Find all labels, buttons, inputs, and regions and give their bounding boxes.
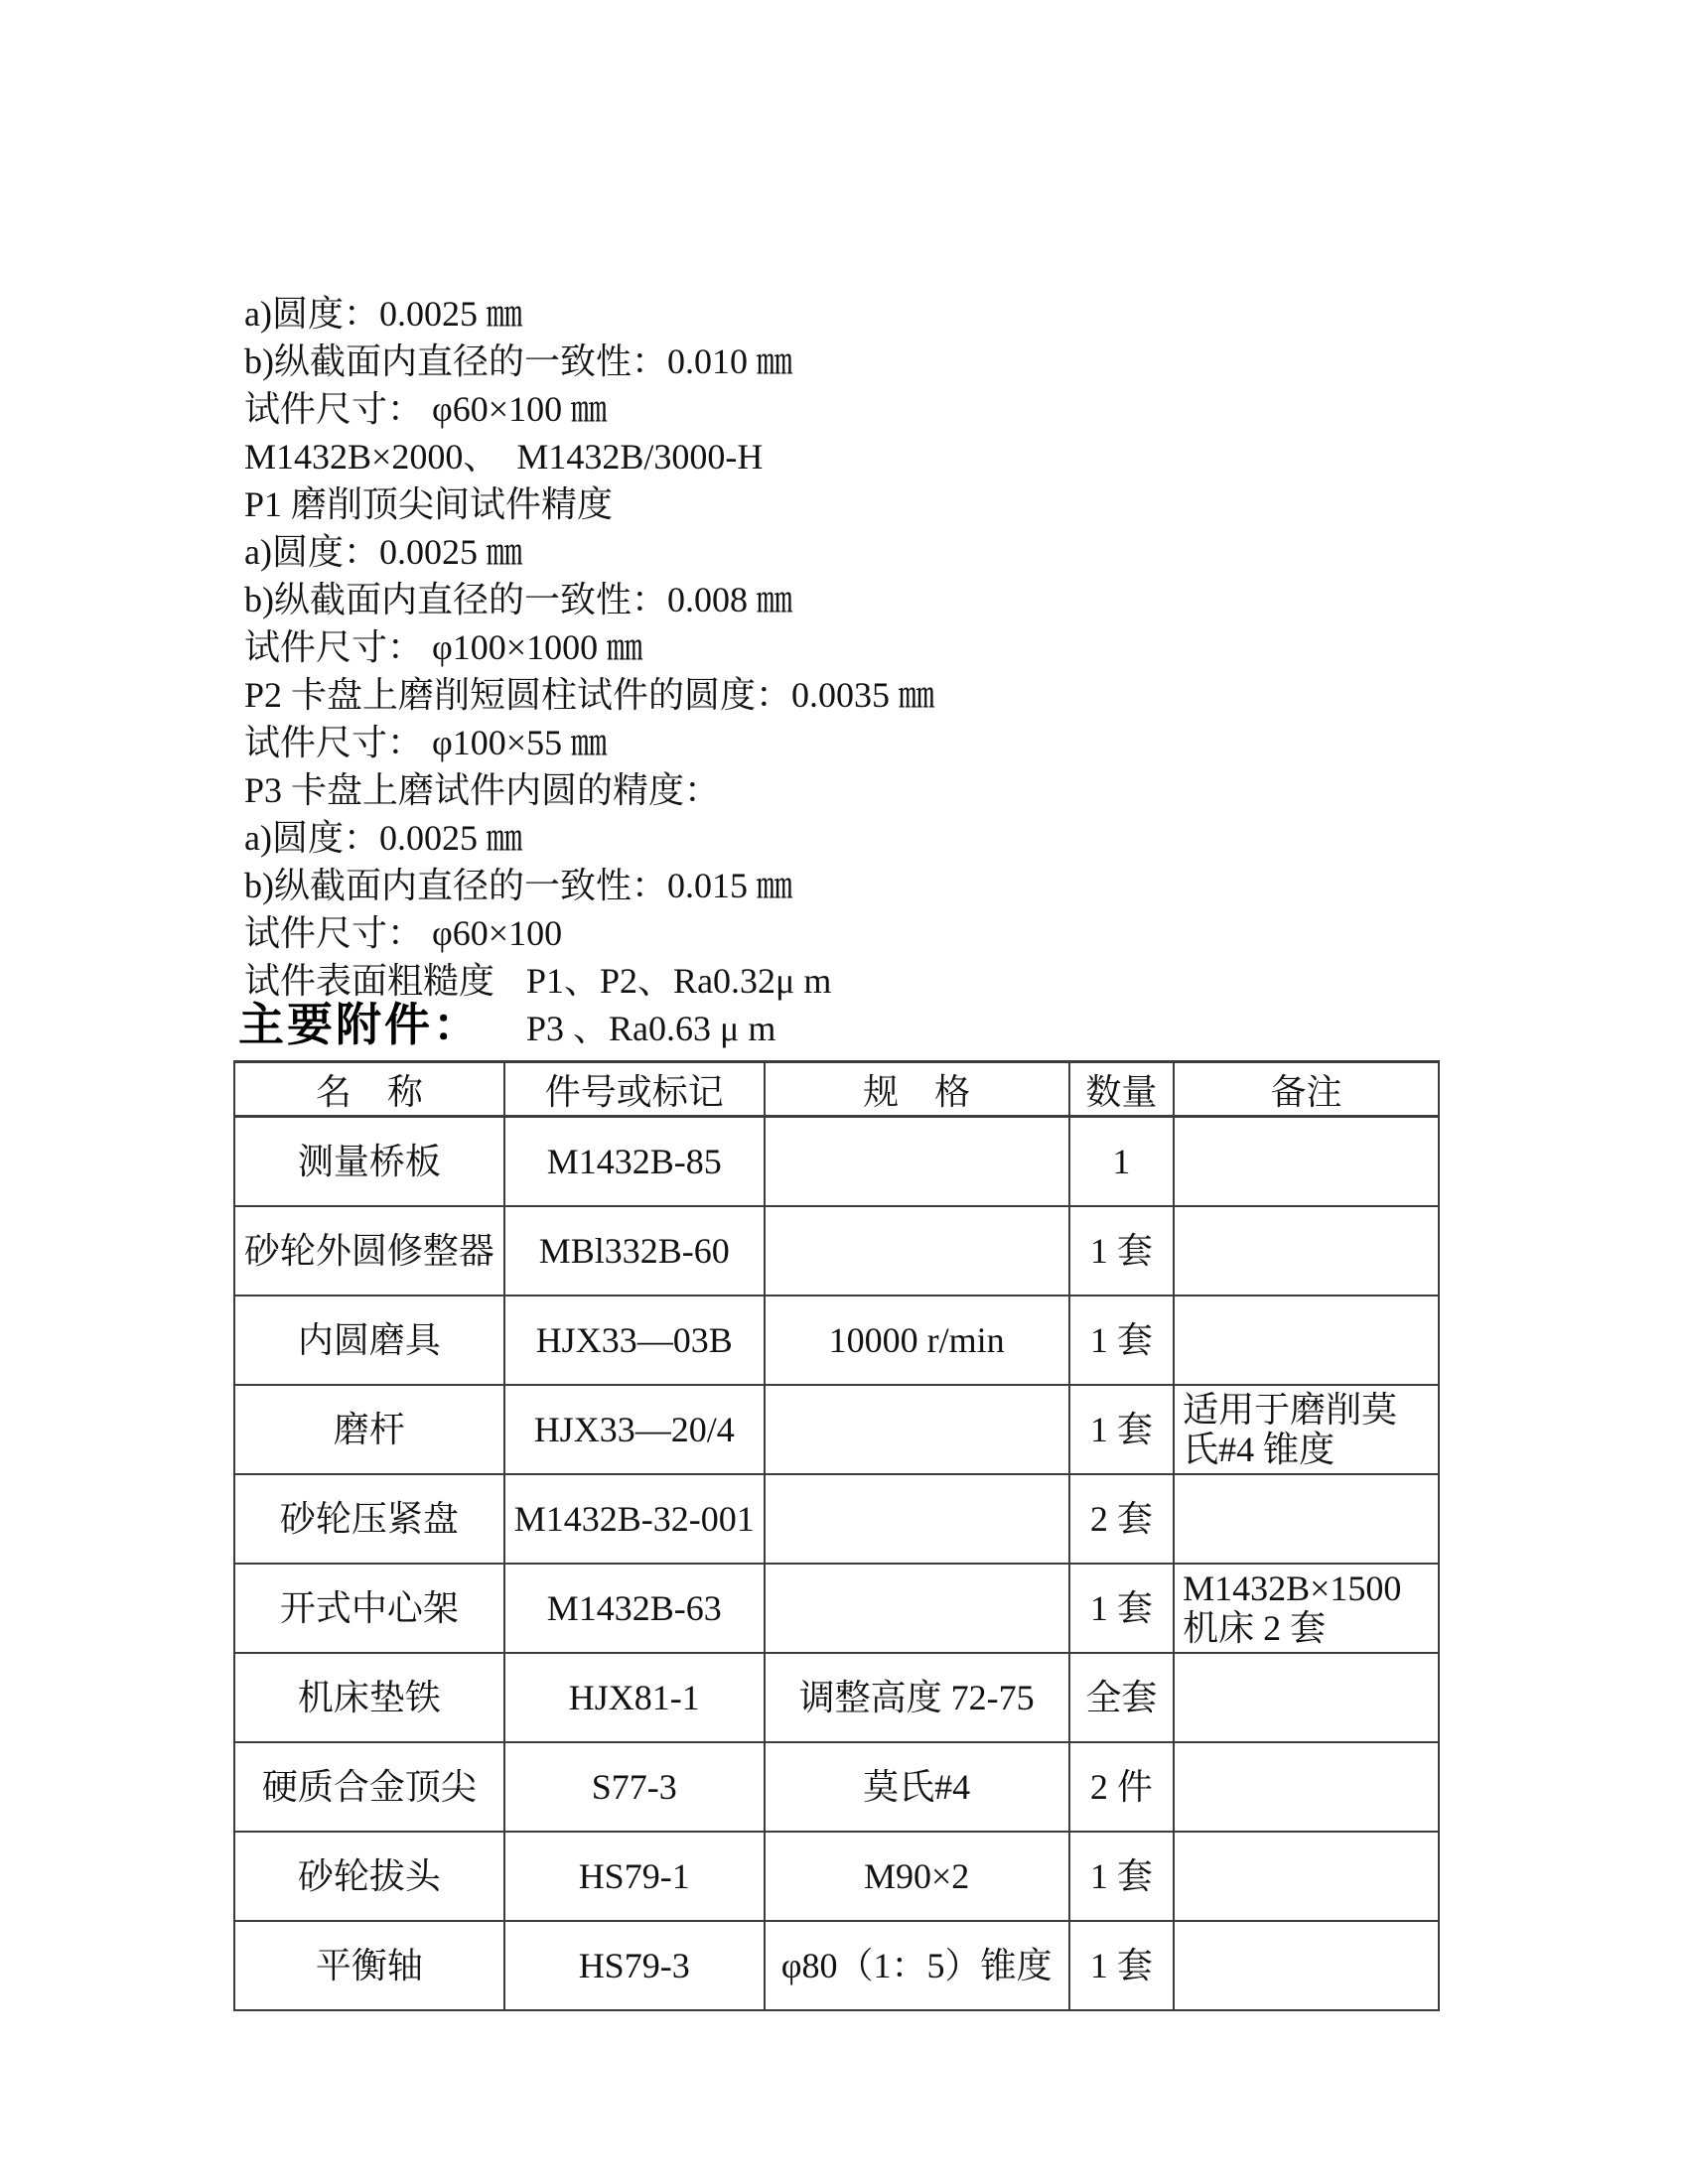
column-header: 规 格	[765, 1062, 1069, 1117]
spec-line: b)纵截面内直径的一致性：0.010 ㎜	[244, 338, 934, 385]
cell-part: HJX33—03B	[504, 1296, 765, 1385]
spec-line: a)圆度：0.0025 ㎜	[244, 814, 934, 862]
table-row: 机床垫铁HJX81-1调整高度 72-75全套	[234, 1653, 1439, 1742]
cell-name: 内圆磨具	[234, 1296, 504, 1385]
cell-part: HS79-1	[504, 1832, 765, 1921]
cell-qty: 2 套	[1069, 1474, 1175, 1564]
spec-line: b)纵截面内直径的一致性：0.008 ㎜	[244, 576, 934, 623]
cell-name: 磨杆	[234, 1385, 504, 1474]
table-row: 硬质合金顶尖S77-3莫氏#42 件	[234, 1742, 1439, 1832]
cell-remark	[1174, 1474, 1439, 1564]
table-row: 砂轮压紧盘M1432B-32-0012 套	[234, 1474, 1439, 1564]
cell-qty: 1	[1069, 1117, 1175, 1207]
cell-remark: M1432B×1500 机床 2 套	[1174, 1564, 1439, 1653]
cell-part: M1432B-63	[504, 1564, 765, 1653]
spec-line: M1432B×2000、 M1432B/3000-H	[244, 433, 934, 480]
column-header: 件号或标记	[504, 1062, 765, 1117]
cell-part: MBl332B-60	[504, 1206, 765, 1296]
cell-remark	[1174, 1653, 1439, 1742]
cell-name: 平衡轴	[234, 1921, 504, 2010]
section-heading: 主要附件：	[238, 989, 482, 1054]
cell-remark: 适用于磨削莫氏#4 锥度	[1174, 1385, 1439, 1474]
cell-qty: 1 套	[1069, 1564, 1175, 1653]
cell-part: M1432B-32-001	[504, 1474, 765, 1564]
cell-qty: 1 套	[1069, 1832, 1175, 1921]
cell-remark	[1174, 1832, 1439, 1921]
cell-spec: φ80（1：5）锥度	[765, 1921, 1069, 2010]
cell-part: S77-3	[504, 1742, 765, 1832]
table-row: 内圆磨具HJX33—03B10000 r/min1 套	[234, 1296, 1439, 1385]
accessories-table: 名 称件号或标记规 格数量备注 测量桥板M1432B-851砂轮外圆修整器MBl…	[233, 1060, 1440, 2011]
cell-name: 砂轮外圆修整器	[234, 1206, 504, 1296]
cell-qty: 1 套	[1069, 1385, 1175, 1474]
cell-qty: 1 套	[1069, 1296, 1175, 1385]
column-header: 备注	[1174, 1062, 1439, 1117]
cell-spec	[765, 1385, 1069, 1474]
cell-name: 砂轮拔头	[234, 1832, 504, 1921]
table-row: 磨杆HJX33—20/41 套适用于磨削莫氏#4 锥度	[234, 1385, 1439, 1474]
table-header-row: 名 称件号或标记规 格数量备注	[234, 1062, 1439, 1117]
cell-qty: 1 套	[1069, 1206, 1175, 1296]
spec-line: b)纵截面内直径的一致性：0.015 ㎜	[244, 862, 934, 909]
spec-line: a)圆度：0.0025 ㎜	[244, 290, 934, 338]
table-row: 砂轮外圆修整器MBl332B-601 套	[234, 1206, 1439, 1296]
cell-name: 开式中心架	[234, 1564, 504, 1653]
cell-part: HJX33—20/4	[504, 1385, 765, 1474]
cell-qty: 1 套	[1069, 1921, 1175, 2010]
cell-spec	[765, 1564, 1069, 1653]
cell-remark	[1174, 1742, 1439, 1832]
roughness-value-p3: P3 、Ra0.63 μ m	[526, 1009, 775, 1048]
cell-qty: 全套	[1069, 1653, 1175, 1742]
cell-spec	[765, 1117, 1069, 1207]
spec-line: P3 卡盘上磨试件内圆的精度：	[244, 766, 934, 814]
cell-name: 测量桥板	[234, 1117, 504, 1207]
spec-line: 试件尺寸： φ100×55 ㎜	[244, 719, 934, 766]
spec-text-block: a)圆度：0.0025 ㎜b)纵截面内直径的一致性：0.010 ㎜试件尺寸： φ…	[244, 195, 934, 1052]
cell-spec	[765, 1474, 1069, 1564]
cell-remark	[1174, 1296, 1439, 1385]
table-row: 开式中心架M1432B-631 套M1432B×1500 机床 2 套	[234, 1564, 1439, 1653]
spec-line: 试件尺寸： φ60×100	[244, 909, 934, 957]
table-row: 测量桥板M1432B-851	[234, 1117, 1439, 1207]
table-row: 平衡轴HS79-3φ80（1：5）锥度1 套	[234, 1921, 1439, 2010]
cell-spec: 莫氏#4	[765, 1742, 1069, 1832]
roughness-value-p1-p2: P1、P2、Ra0.32μ m	[526, 961, 831, 1001]
column-header: 名 称	[234, 1062, 504, 1117]
table-row: 砂轮拔头HS79-1M90×21 套	[234, 1832, 1439, 1921]
cell-remark	[1174, 1206, 1439, 1296]
spec-line: 试件尺寸： φ100×1000 ㎜	[244, 623, 934, 671]
cell-spec: 调整高度 72-75	[765, 1653, 1069, 1742]
spec-line: P2 卡盘上磨削短圆柱试件的圆度：0.0035 ㎜	[244, 671, 934, 719]
cell-spec: 10000 r/min	[765, 1296, 1069, 1385]
cell-part: HJX81-1	[504, 1653, 765, 1742]
cell-name: 砂轮压紧盘	[234, 1474, 504, 1564]
cell-spec	[765, 1206, 1069, 1296]
cell-remark	[1174, 1117, 1439, 1207]
cell-spec: M90×2	[765, 1832, 1069, 1921]
cell-remark	[1174, 1921, 1439, 2010]
cell-name: 硬质合金顶尖	[234, 1742, 504, 1832]
cell-part: M1432B-85	[504, 1117, 765, 1207]
cell-qty: 2 件	[1069, 1742, 1175, 1832]
cell-name: 机床垫铁	[234, 1653, 504, 1742]
spec-line: P1 磨削顶尖间试件精度	[244, 480, 934, 528]
spec-line: a)圆度：0.0025 ㎜	[244, 528, 934, 576]
cell-part: HS79-3	[504, 1921, 765, 2010]
column-header: 数量	[1069, 1062, 1175, 1117]
spec-line: 试件尺寸： φ60×100 ㎜	[244, 385, 934, 433]
